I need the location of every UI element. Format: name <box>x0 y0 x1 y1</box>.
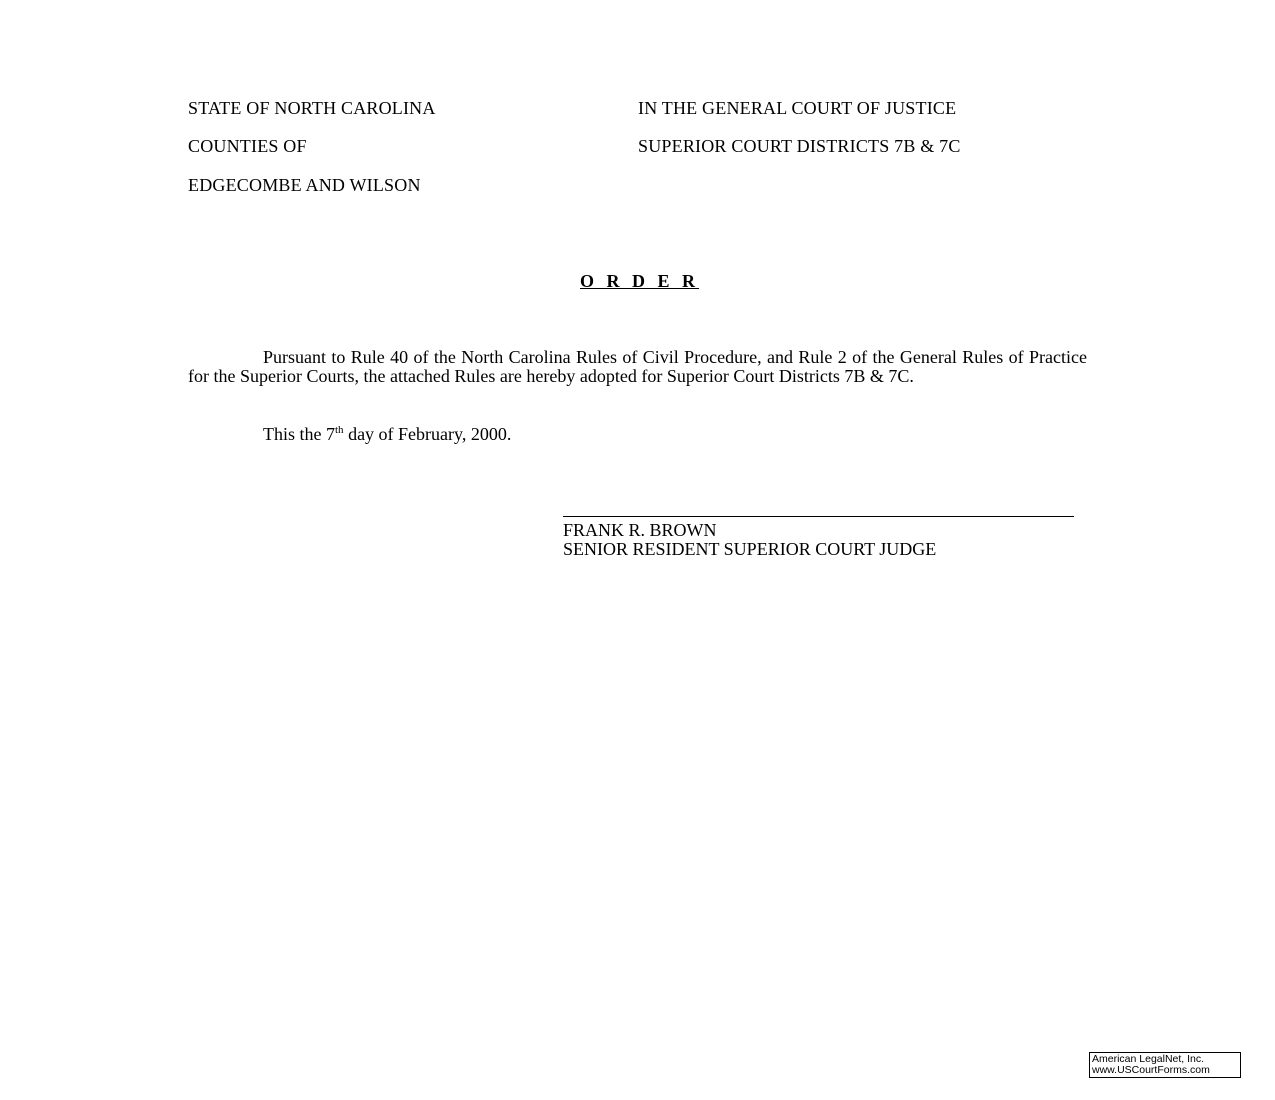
date-prefix: This the 7 <box>263 424 335 444</box>
document-title: O R D E R <box>580 271 699 292</box>
date-ordinal: th <box>335 424 344 436</box>
caption-state: STATE OF NORTH CAROLINA <box>188 98 436 119</box>
judge-name: FRANK R. BROWN <box>563 521 717 540</box>
signature-line <box>563 516 1074 517</box>
publisher-url: www.USCourtForms.com <box>1092 1065 1238 1076</box>
publisher-stamp: American LegalNet, Inc. www.USCourtForms… <box>1089 1052 1241 1078</box>
caption-court: IN THE GENERAL COURT OF JUSTICE <box>638 98 956 119</box>
order-paragraph: Pursuant to Rule 40 of the North Carolin… <box>188 348 1087 386</box>
caption-districts: SUPERIOR COURT DISTRICTS 7B & 7C <box>638 136 961 157</box>
judge-title: SENIOR RESIDENT SUPERIOR COURT JUDGE <box>563 540 936 559</box>
order-date: This the 7th day of February, 2000. <box>263 425 511 444</box>
caption-county-names: EDGECOMBE AND WILSON <box>188 175 421 196</box>
caption-counties: COUNTIES OF <box>188 136 307 157</box>
date-rest: day of February, 2000. <box>344 424 512 444</box>
